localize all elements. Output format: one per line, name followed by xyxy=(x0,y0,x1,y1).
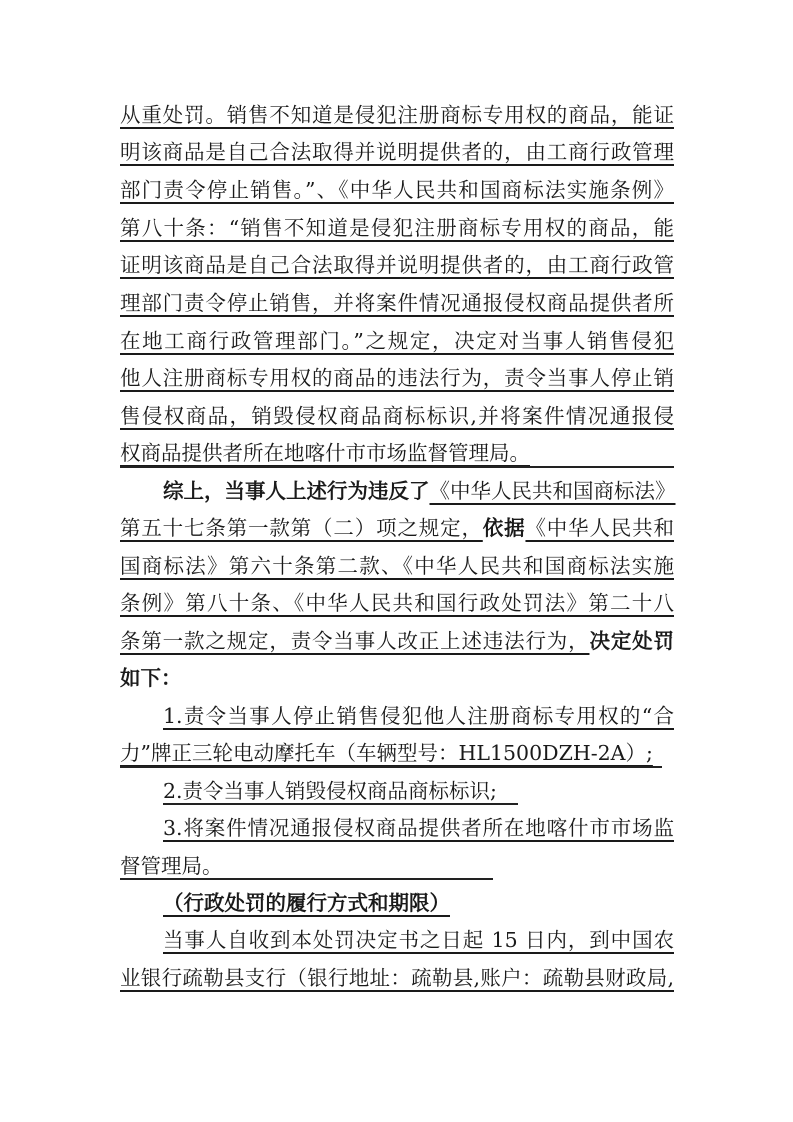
paragraph-line: 证明该商品是自己合法取得并说明提供者的，由工商行政管 xyxy=(120,250,674,280)
conclusion-line-3: 国商标法》第六十条第二款、《中华人民共和国商标法实施 xyxy=(120,551,674,581)
underline-rule xyxy=(120,878,493,880)
penalty-item-1-text: 力”牌正三轮电动摩托车（车辆型号：HL1500DZH-2A）; xyxy=(120,741,653,765)
decision-bold: 决定处罚 xyxy=(589,629,674,653)
penalty-item-3-line-1: 3.将案件情况通报侵权商品提供者所在地喀什市市场监 xyxy=(163,813,674,843)
law-clause: 条第一款之规定，责令当事人改正上述违法行为， xyxy=(120,629,589,653)
law-reference: 《中华人民共和国商标法》 xyxy=(430,479,676,503)
conclusion-line-5: 条第一款之规定，责令当事人改正上述违法行为，决定处罚 xyxy=(120,626,674,656)
conclusion-line-4: 条例》第八十条、《中华人民共和国行政处罚法》第二十八 xyxy=(120,588,674,618)
section-title: （行政处罚的履行方式和期限） xyxy=(163,888,674,918)
paragraph-line: 他人注册商标专用权的商品的违法行为，责令当事人停止销 xyxy=(120,363,674,393)
paragraph-line: 部门责令停止销售。”、《中华人民共和国商标法实施条例》 xyxy=(120,175,674,205)
conclusion-bold-lead: 综上，当事人上述行为违反了 xyxy=(163,479,430,503)
penalty-item-1-line-2: 力”牌正三轮电动摩托车（车辆型号：HL1500DZH-2A）; xyxy=(120,738,674,768)
paragraph-line: 理部门责令停止销售，并将案件情况通报侵权商品提供者所 xyxy=(120,288,674,318)
payment-line-1: 当事人自收到本处罚决定书之日起 15 日内，到中国农 xyxy=(163,925,674,955)
section-title-text: （行政处罚的履行方式和期限） xyxy=(163,891,450,915)
conclusion-line-6: 如下： xyxy=(120,663,674,693)
law-reference: 《中华人民共和 xyxy=(525,516,674,540)
penalty-item-3-text: 督管理局。 xyxy=(120,854,223,878)
paragraph-line: 售侵权商品，销毁侵权商品商标标识,并将案件情况通报侵 xyxy=(120,401,674,431)
penalty-item-3-line-2: 督管理局。 xyxy=(120,851,674,881)
conclusion-line-2: 第五十七条第一款第（二）项之规定，依据《中华人民共和 xyxy=(120,513,674,543)
paragraph-line: 明该商品是自己合法取得并说明提供者的，由工商行政管理 xyxy=(120,137,674,167)
penalty-item-1-line-1: 1.责令当事人停止销售侵犯他人注册商标专用权的“合 xyxy=(163,701,674,731)
penalty-item-2: 2.责令当事人销毁侵权商品商标标识; xyxy=(163,776,674,806)
document-page: 从重处罚。销售不知道是侵犯注册商标专用权的商品，能证 明该商品是自己合法取得并说… xyxy=(0,0,793,1122)
paragraph-line: 从重处罚。销售不知道是侵犯注册商标专用权的商品，能证 xyxy=(120,100,674,130)
paragraph-line: 在地工商行政管理部门。”之规定，决定对当事人销售侵犯 xyxy=(120,326,674,356)
payment-line-2: 业银行疏勒县支行（银行地址：疏勒县,账户：疏勒县财政局, xyxy=(120,963,674,993)
underline-rule xyxy=(163,803,518,805)
underline-rule xyxy=(120,466,674,468)
decision-bold: 如下： xyxy=(120,666,182,690)
penalty-item-2-text: 2.责令当事人销毁侵权商品商标标识; xyxy=(163,779,497,803)
paragraph-line: 权商品提供者所在地喀什市市场监督管理局。 xyxy=(120,438,674,468)
underline-rule xyxy=(120,766,662,768)
conclusion-line-1: 综上，当事人上述行为违反了《中华人民共和国商标法》 xyxy=(163,476,674,506)
law-clause: 第五十七条第一款第（二）项之规定， xyxy=(120,516,483,540)
paragraph-line-text: 权商品提供者所在地喀什市市场监督管理局。 xyxy=(120,441,530,465)
paragraph-line: 第八十条：“销售不知道是侵犯注册商标专用权的商品，能 xyxy=(120,213,674,243)
basis-bold: 依据 xyxy=(483,516,526,540)
